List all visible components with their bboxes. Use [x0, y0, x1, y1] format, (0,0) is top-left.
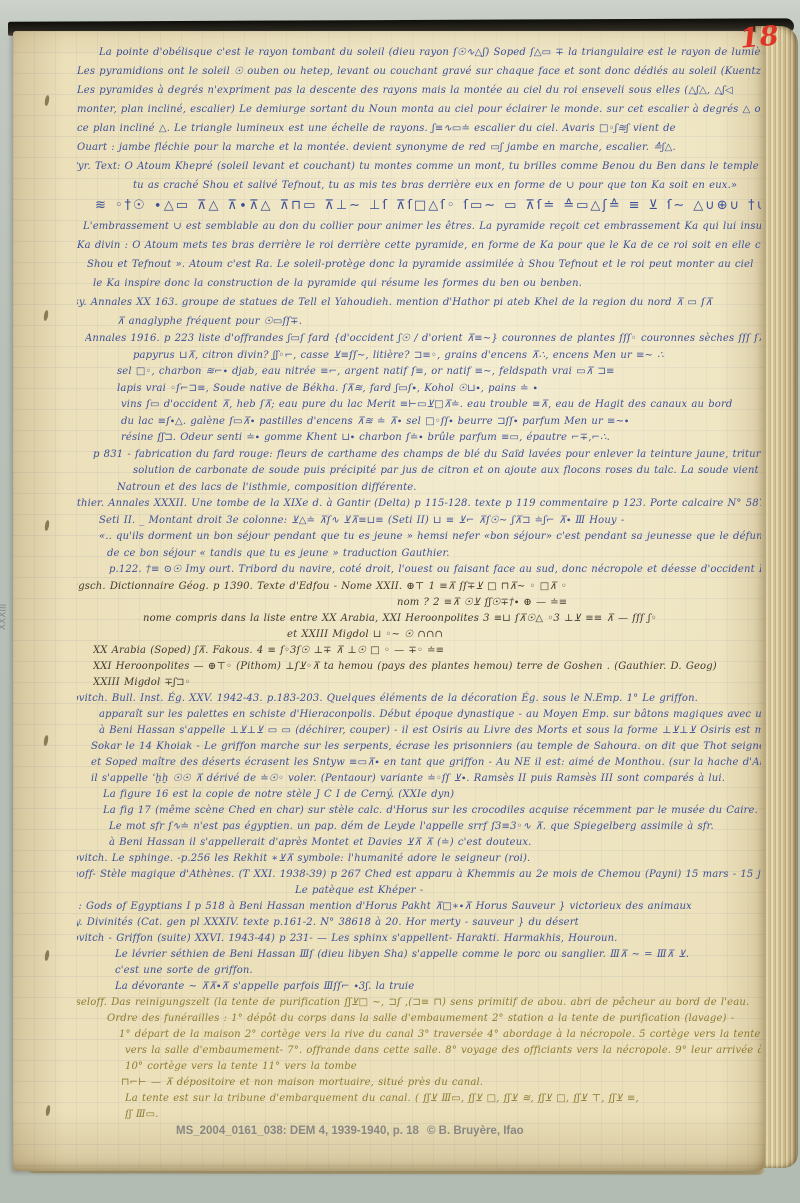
manuscript-line-22: résine ſʃ⊐. Odeur senti ≐∙ gomme Khent ⊔… [121, 430, 761, 447]
manuscript-line-46: Le mot sfr ſ∿≐ n'est pas égyptien. un pa… [109, 819, 761, 835]
watermark-copyright: © B. Bruyère, Ifao [427, 1125, 524, 1137]
manuscript-line-28: «.. qu'ils dorment un bon séjour pendant… [99, 529, 761, 546]
manuscript-line-40: à Beni Hassan s'appelle ⊥⊻⊥⊻ ▭ ▭ (déchir… [99, 723, 761, 739]
manuscript-line-16: Annales 1916. p 223 liste d'offrandes ʃ▭… [85, 331, 761, 348]
manuscript-line-38: J. Leibovitch. Bull. Inst. Ég. XXV. 1942… [77, 691, 761, 707]
manuscript-line-60: vers la salle d'embaumement- 7°. offrand… [125, 1043, 761, 1059]
folio-page-number: 18 [739, 20, 781, 54]
manuscript-line-15: ⊼ anaglyphe fréquent pour ☉▭ſſ∓. [117, 312, 761, 331]
manuscript-line-20: vins ſ▭ d'occident ⊼, heb ſ⊼; eau pure d… [121, 397, 761, 414]
manuscript-line-2: Les pyramidions ont le soleil ☉ ouben ou… [77, 62, 761, 81]
manuscript-line-37: XXIII Migdol ∓ʃ⊐◦ [93, 675, 761, 691]
manuscript-line-42: et Soped maître des déserts écrasent les… [91, 755, 761, 771]
manuscript-line-26: H Gauthier. Annales XXXII. Une tombe de … [77, 496, 761, 513]
scanned-notebook-photo: XXXIII 18 La pointe d'obélisque c'est le… [0, 0, 800, 1203]
manuscript-line-5: ce plan incliné △. Le triangle lumineux … [77, 119, 761, 138]
manuscript-line-23: p 831 - fabrication du fard rouge: fleur… [93, 447, 761, 464]
manuscript-line-57: B. Grdseloff. Das reinigungszelt (la ten… [77, 995, 761, 1011]
manuscript-line-12: Shou et Tefnout ». Atoum c'est Ra. Le so… [87, 255, 761, 274]
manuscript-line-21: du lac ≡ſ∙△. galène ſ▭⊼∙ pastilles d'enc… [121, 414, 761, 431]
manuscript-line-44: La figure 16 est la copie de notre stèle… [103, 787, 761, 803]
manuscript-line-14: Daressy. Annales XX 163. groupe de statu… [77, 293, 761, 312]
manuscript-line-53: J. Leibovitch - Griffon (suite) XXVI. 19… [77, 931, 761, 947]
manuscript-line-52: Daressy. Divinités (Cat. gen pl XXXIV. t… [77, 915, 761, 931]
manuscript-line-18: sel □◦, charbon ≋⌐∙ djab, eau nitrée ≡⌐,… [117, 364, 761, 381]
manuscript-line-39: apparaît sur les palettes en schiste d'H… [99, 707, 761, 723]
manuscript-line-24: solution de carbonate de soude puis préc… [133, 463, 761, 480]
manuscript-line-48: J. Leibovitch. Le sphinge. -p.256 les Re… [77, 851, 761, 867]
manuscript-line-34: et XXIII Migdol ⊔ ◦∼ ☉ ∩∩∩ [287, 627, 761, 643]
manuscript-line-1: La pointe d'obélisque c'est le rayon tom… [99, 43, 761, 62]
manuscript-line-25: Natroun et des lacs de l'isthmie, compos… [117, 480, 761, 497]
manuscript-line-63: La tente est sur la tribune d'embarqueme… [125, 1091, 761, 1107]
manuscript-line-41: Sokar le 14 Khoiak - Le griffon marche s… [91, 739, 761, 755]
manuscript-line-13: le Ka inspire donc la construction de la… [93, 274, 761, 293]
manuscript-line-11: Ka divin : O Atoum mets tes bras derrièr… [77, 236, 761, 255]
manuscript-line-59: 1° départ de la maison 2° cortège vers l… [119, 1027, 761, 1043]
manuscript-line-19: lapis vrai ◦ſ⌐⊐≡, Soude native de Békha.… [117, 381, 761, 398]
manuscript-line-3: Les pyramides à degrés n'expriment pas l… [77, 81, 761, 100]
manuscript-line-4: monter, plan incliné, escalier) Le demiu… [77, 100, 761, 119]
manuscript-line-64: ſʃ Ⅲ▭. [125, 1107, 761, 1123]
manuscript-line-9: ≋ ◦†☉ ∙△▭ ⊼△ ⊼∙⊼△ ⊼⊓▭ ⊼⊥∼ ⊥ſ ⊼ſ□△ſ◦ ſ▭∼ … [95, 195, 761, 217]
manuscript-line-6: Ouart : jambe fléchie pour la marche et … [77, 138, 761, 157]
manuscript-line-56: La dévorante ∼ ⊼⊼∙⊼ s'appelle parfois Ⅲſ… [115, 979, 761, 995]
manuscript-line-51: Budge : Gods of Egyptians I p 518 à Beni… [77, 899, 761, 915]
manuscript-line-10: L'embrassement ∪ est semblable au don du… [83, 217, 761, 236]
manuscript-line-61: 10° cortège vers la tente 11° vers la to… [125, 1059, 761, 1075]
manuscript-line-45: La fig 17 (même scène Ched en char) sur … [103, 803, 761, 819]
manuscript-line-17: papyrus ⊔⊼, citron divin? ʃʃ◦⌐, casse ⊻≡… [133, 348, 761, 365]
manuscript-line-29: de ce bon séjour « tandis que tu es jeun… [107, 546, 761, 563]
manuscript-line-35: XX Arabia (Soped) ʃ⊼. Fakous. 4 ≡ ſ◦3ſ☉ … [93, 643, 761, 659]
manuscript-line-50: Le patèque est Khéper - [295, 883, 761, 899]
watermark-manuscript-id: MS_2004_0161_038: DEM 4, 1939-1940, p. 1… [176, 1125, 419, 1137]
manuscript-line-8: tu as craché Shou et salivé Tefnout, tu … [133, 176, 761, 195]
manuscript-line-31: H.Brugsch. Dictionnaire Géog. p 1390. Te… [77, 579, 761, 595]
manuscript-line-43: il s'appelle ʿḫḫ ☉☉ ⊼ dérivé de ≐☉◦ vole… [91, 771, 761, 787]
manuscript-line-58: Ordre des funérailles : 1° dépôt du corp… [107, 1011, 761, 1027]
margin-pencil-scribble: XXXIII [0, 604, 9, 631]
manuscript-line-54: Le lévrier séthien de Beni Hassan Ⅲſ (di… [115, 947, 761, 963]
manuscript-line-30: p.122. †≡ ⊙☉ Imy ourt. Tribord du navire… [109, 562, 761, 579]
manuscript-line-33: nome compris dans la liste entre XX Arab… [143, 611, 761, 627]
manuscript-line-7: Pyr. Text: O Atoum Khepré (soleil levant… [77, 157, 761, 176]
manuscript-line-55: c'est une sorte de griffon. [115, 963, 761, 979]
manuscript-line-27: Seti II. _ Montant droit 3e colonne: ⊻△≐… [99, 513, 761, 530]
manuscript-line-36: XXI Heroonpolites — ⊕⊤◦ (Pithom) ⊥ſ⊻◦⊼ t… [93, 659, 761, 675]
manuscript-line-49: Loukianoff- Stèle magique d'Athènes. (T … [77, 867, 761, 883]
manuscript-line-62: ⊓⌐⊢ — ⊼ dépositoire et non maison mortua… [121, 1075, 761, 1091]
manuscript-line-32: nom ? 2 ≡⊼ ☉⊻ ſʃ☉∓†∙ ⊕ — ≐≡ [397, 595, 761, 611]
manuscript-line-47: à Beni Hassan il s'appellerait d'après M… [109, 835, 761, 851]
manuscript-lines: La pointe d'obélisque c'est le rayon tom… [77, 43, 761, 1123]
